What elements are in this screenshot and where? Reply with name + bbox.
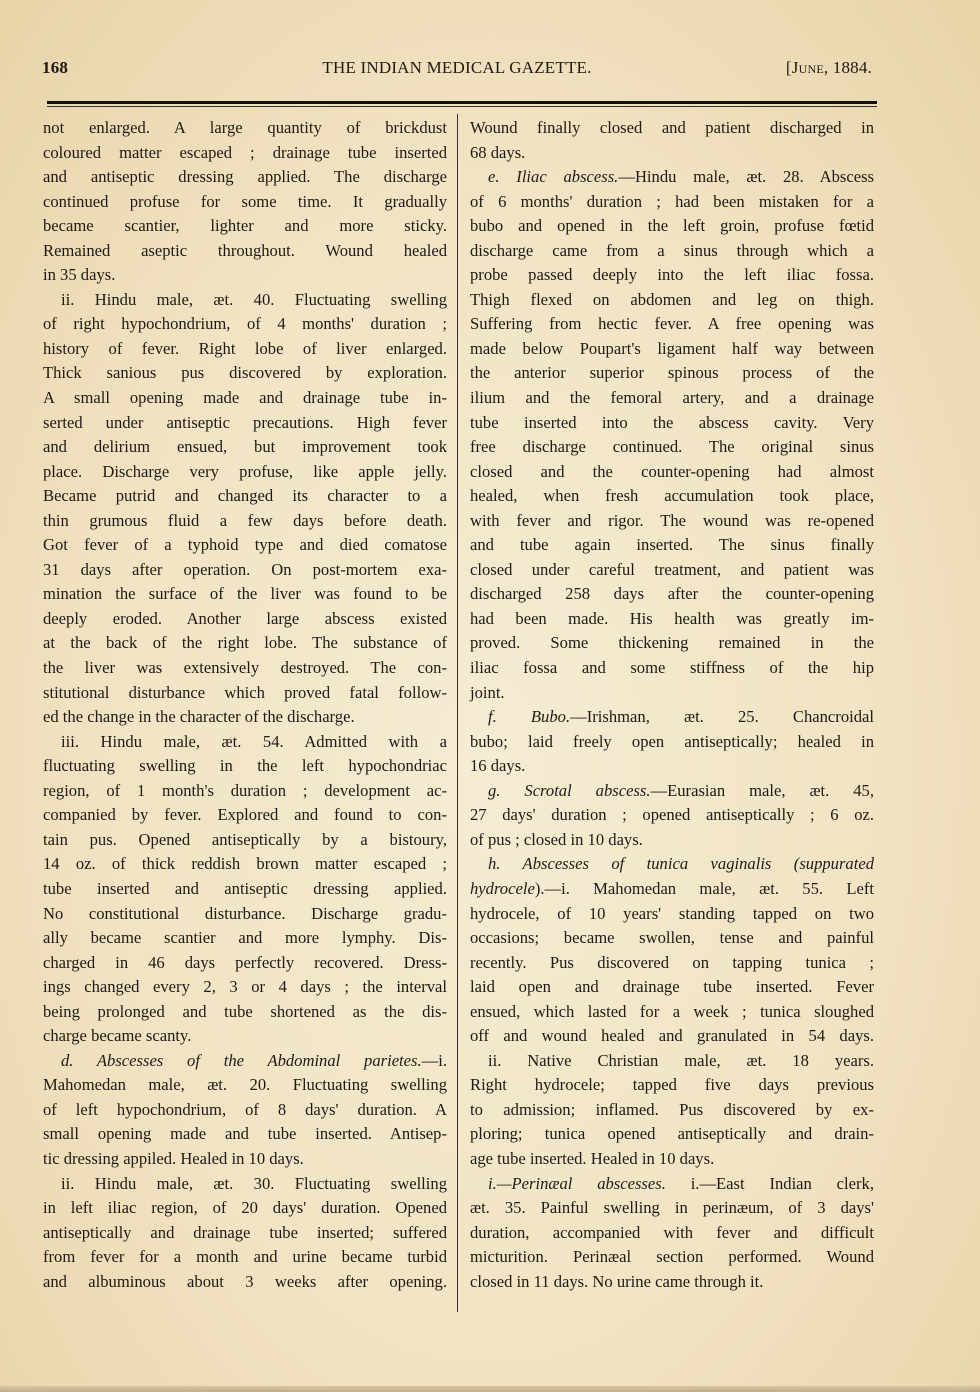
text-line: hydrocele).—i. Mahomedan male, æt. 55. L… [470,877,874,902]
text-line: of right hypochondrium, of 4 months' dur… [43,312,447,337]
text-line: micturition. Perinæal section performed.… [470,1245,874,1270]
text-line: history of fever. Right lobe of liver en… [43,337,447,362]
italic-heading: f. Bubo. [488,707,570,726]
text-line: tic dressing appiled. Healed in 10 days. [43,1147,447,1172]
text-line: 31 days after operation. On post-mortem … [43,558,447,583]
text-line: coloured matter escaped ; drainage tube … [43,141,447,166]
column-divider [457,114,458,1312]
text-line: thin grumous fluid a few days before dea… [43,509,447,534]
text-line: deeply eroded. Another large abscess exi… [43,607,447,632]
text-line: iliac fossa and some stiffness of the hi… [470,656,874,681]
text-line: h. Abscesses of tunica vaginalis (suppur… [470,852,874,877]
text-line: charge became scanty. [43,1024,447,1049]
text-line: free discharge continued. The original s… [470,435,874,460]
text-line: No constitutional disturbance. Discharge… [43,902,447,927]
text-line: d. Abscesses of the Abdominal parietes.—… [43,1049,447,1074]
text-line: Suffering from hectic fever. A free open… [470,312,874,337]
text-line: laid open and drainage tube inserted. Fe… [470,975,874,1000]
text-line: region, of 1 month's duration ; developm… [43,779,447,804]
text-run: —i. [422,1051,447,1070]
text-run: i.—East Indian clerk, [666,1174,874,1193]
text-line: in 35 days. [43,263,447,288]
header-rule-thick [47,101,877,104]
text-line: æt. 35. Painful swelling in perinæum, of… [470,1196,874,1221]
text-line: ilium and the femoral artery, and a drai… [470,386,874,411]
text-run: ).—i. Mahomedan male, æt. 55. Left [535,879,874,898]
text-line: healed, when fresh accumulation took pla… [470,484,874,509]
text-line: tube inserted and antiseptic dressing ap… [43,877,447,902]
text-line: serted under antiseptic precautions. Hig… [43,411,447,436]
text-line: recently. Pus discovered on tapping tuni… [470,951,874,976]
text-line: Thigh flexed on abdomen and leg on thigh… [470,288,874,313]
text-line: Mahomedan male, æt. 20. Fluctuating swel… [43,1073,447,1098]
text-line: Right hydrocele; tapped five days previo… [470,1073,874,1098]
text-line: ed the change in the character of the di… [43,705,447,730]
italic-heading: i.—Perinæal abscesses. [488,1174,666,1193]
text-line: place. Discharge very profuse, like appl… [43,460,447,485]
text-line: at the back of the right lobe. The subst… [43,631,447,656]
text-line: of pus ; closed in 10 days. [470,828,874,853]
text-line: ings changed every 2, 3 or 4 days ; the … [43,975,447,1000]
left-column: not enlarged. A large quantity of brickd… [43,116,447,1294]
text-line: e. Iliac abscess.—Hindu male, æt. 28. Ab… [470,165,874,190]
text-line: 16 days. [470,754,874,779]
text-line: with fever and rigor. The wound was re-o… [470,509,874,534]
text-line: 68 days. [470,141,874,166]
text-line: f. Bubo.—Irishman, æt. 25. Chancroidal [470,705,874,730]
text-line: from fever for a month and urine became … [43,1245,447,1270]
text-line: Became putrid and changed its character … [43,484,447,509]
italic-heading: g. Scrotal abscess. [488,781,651,800]
italic-heading: hydrocele [470,879,535,898]
text-line: g. Scrotal abscess.—Eurasian male, æt. 4… [470,779,874,804]
text-line: ii. Native Christian male, æt. 18 years. [470,1049,874,1074]
text-line: and antiseptic dressing applied. The dis… [43,165,447,190]
text-line: the anterior superior spinous process of… [470,361,874,386]
text-line: age tube inserted. Healed in 10 days. [470,1147,874,1172]
text-line: Got fever of a typhoid type and died com… [43,533,447,558]
italic-heading: d. Abscesses of the Abdominal parietes. [61,1051,422,1070]
text-line: small opening made and tube inserted. An… [43,1122,447,1147]
text-line: to admission; inflamed. Pus discovered b… [470,1098,874,1123]
right-column: Wound finally closed and patient dischar… [470,116,874,1294]
text-line: continued profuse for some time. It grad… [43,190,447,215]
text-line: i.—Perinæal abscesses. i.—East Indian cl… [470,1172,874,1197]
text-line: antiseptically and drainage tube inserte… [43,1221,447,1246]
text-line: mination the surface of the liver was fo… [43,582,447,607]
text-line: made below Poupart's ligament half way b… [470,337,874,362]
running-head: 168 THE INDIAN MEDICAL GAZETTE. [June, 1… [42,58,872,84]
text-line: duration, accompanied with fever and dif… [470,1221,874,1246]
document-page: 168 THE INDIAN MEDICAL GAZETTE. [June, 1… [0,0,980,1392]
text-line: and tube again inserted. The sinus final… [470,533,874,558]
text-line: closed and the counter-opening had almos… [470,460,874,485]
text-line: ii. Hindu male, æt. 30. Fluctuating swel… [43,1172,447,1197]
text-line: tube inserted into the abscess cavity. V… [470,411,874,436]
text-line: and albuminous about 3 weeks after openi… [43,1270,447,1295]
text-line: joint. [470,681,874,706]
header-rule-thin [47,106,877,107]
text-line: of left hypochondrium, of 8 days' durati… [43,1098,447,1123]
text-line: discharged 258 days after the counter-op… [470,582,874,607]
text-run: —Eurasian male, æt. 45, [651,781,874,800]
text-line: Remained aseptic throughout. Wound heale… [43,239,447,264]
text-line: 14 oz. of thick reddish brown matter esc… [43,852,447,877]
text-line: fluctuating swelling in the left hypocho… [43,754,447,779]
text-line: charged in 46 days perfectly recovered. … [43,951,447,976]
text-line: A small opening made and drainage tube i… [43,386,447,411]
text-line: off and wound healed and granulated in 5… [470,1024,874,1049]
issue-date: [June, 1884. [786,58,872,78]
italic-heading: e. Iliac abscess. [488,167,618,186]
text-line: closed under careful treatment, and pati… [470,558,874,583]
text-line: ally became scantier and more lymphy. Di… [43,926,447,951]
text-run: —Hindu male, æt. 28. Abscess [618,167,874,186]
journal-title: THE INDIAN MEDICAL GAZETTE. [42,58,872,78]
text-line: had been made. His health was greatly im… [470,607,874,632]
text-line: of 6 months' duration ; had been mistake… [470,190,874,215]
text-line: the liver was extensively destroyed. The… [43,656,447,681]
text-line: proved. Some thickening remained in the [470,631,874,656]
text-line: iii. Hindu male, æt. 54. Admitted with a [43,730,447,755]
text-line: bubo; laid freely open antiseptically; h… [470,730,874,755]
text-line: and delirium ensued, but improvement too… [43,435,447,460]
text-line: discharge came from a sinus through whic… [470,239,874,264]
text-line: 27 days' duration ; opened antisepticall… [470,803,874,828]
text-line: ploring; tunica opened antiseptically an… [470,1122,874,1147]
text-line: became scantier, lighter and more sticky… [43,214,447,239]
text-line: being prolonged and tube shortened as th… [43,1000,447,1025]
text-line: in left iliac region, of 20 days' durati… [43,1196,447,1221]
text-line: ensued, which lasted for a week ; tunica… [470,1000,874,1025]
text-line: ii. Hindu male, æt. 40. Fluctuating swel… [43,288,447,313]
text-line: not enlarged. A large quantity of brickd… [43,116,447,141]
text-line: tain pus. Opened antiseptically by a bis… [43,828,447,853]
text-line: occasions; became swollen, tense and pai… [470,926,874,951]
text-line: hydrocele, of 10 years' standing tapped … [470,902,874,927]
text-line: Thick sanious pus discovered by explorat… [43,361,447,386]
text-line: stitutional disturbance which proved fat… [43,681,447,706]
text-line: Wound finally closed and patient dischar… [470,116,874,141]
text-line: bubo and opened in the left groin, profu… [470,214,874,239]
text-line: closed in 11 days. No urine came through… [470,1270,874,1295]
text-line: probe passed deeply into the left iliac … [470,263,874,288]
text-line: companied by fever. Explored and found t… [43,803,447,828]
text-run: —Irishman, æt. 25. Chancroidal [570,707,874,726]
italic-heading: h. Abscesses of tunica vaginalis (suppur… [488,854,874,873]
